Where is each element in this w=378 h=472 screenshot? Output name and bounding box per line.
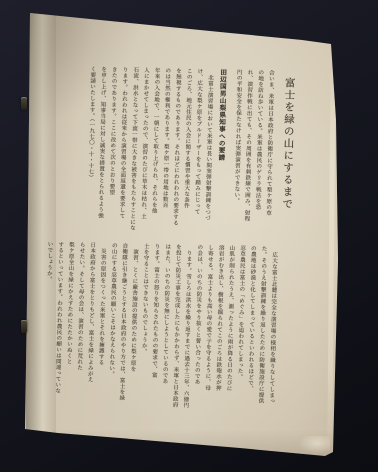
page-text-block: 富士を緑の山にするまで合いま、米軍は日本政府と防衛庁に守られて梨ケ原の草の地を訪… <box>0 0 378 472</box>
upper-text-band: 富士を緑の山にするまで合いま、米軍は日本政府と防衛庁に守られて梨ケ原の草の地を訪… <box>83 66 298 233</box>
page-corner-curl <box>298 436 330 454</box>
staple-bottom <box>21 320 27 333</box>
book-photo: 富士を緑の山にするまで合いま、米軍は日本政府と防衛庁に守られて梨ケ原の草の地を訪… <box>0 0 378 472</box>
section-heading: 田辺国男山梨県知事への要請 <box>214 69 229 232</box>
page-title: 富士を緑の山にするまで <box>278 70 298 233</box>
staple-top <box>21 97 27 110</box>
lower-text-band: 広大な富士北麓は完全な演習場の様相を織りなしてしまった。そのうえ射撃訓練を繰り返… <box>40 241 280 447</box>
book-page: 富士を緑の山にするまで合いま、米軍は日本政府と防衛庁に守られて梨ケ原の草の地を訪… <box>0 0 378 472</box>
